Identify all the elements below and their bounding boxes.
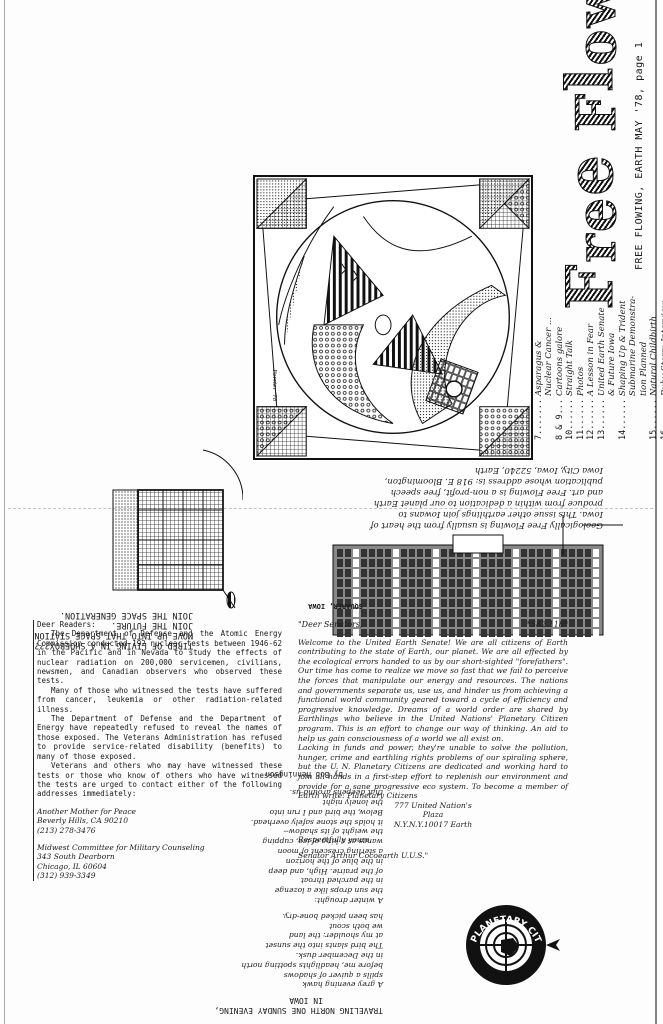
toc-entry-page: 7....... [534, 396, 545, 440]
readers-address-line: Chicago, IL 60604 [37, 862, 282, 871]
readers-address-line: Midwest Committee for Military Counselin… [37, 843, 282, 852]
toc-entry-page: 13...... [597, 396, 608, 440]
toc-entry-page: 10...... [565, 396, 576, 440]
toc-entry-page: 15...... [649, 396, 660, 440]
readers-heading: Deer Readers: [37, 620, 282, 629]
scanned-newspaper-page: FREE FLOWING, EARTH MAY '78, page 1 Free… [0, 0, 663, 1024]
toc-entry-article: United Earth Senate [597, 307, 608, 396]
toc-entry: 10......Straight Talk [565, 200, 576, 440]
toc-entry: 8 & 9...Cartoons galore [555, 200, 566, 440]
toc-entry: Submarine Demonstra- [628, 200, 639, 440]
readers-address-line: (213) 278-3476 [37, 826, 282, 835]
readers-address-block: Another Mother for PeaceBeverly Hills, C… [37, 807, 282, 835]
poem-line: before me, headlights spotting north [33, 960, 383, 970]
toc-entry-article: Straight Talk [565, 340, 576, 396]
masthead-letter: F [569, 94, 623, 132]
readers-address-block: Midwest Committee for Military Counselin… [37, 843, 282, 881]
poem-line: we both scout [33, 921, 383, 931]
space-station-graphic [93, 440, 243, 610]
toc-entry-page [607, 396, 618, 440]
masthead-letter: e [559, 155, 623, 196]
readers-address-line: (312) 939-3349 [37, 871, 282, 880]
toc-entry-article: A Lesson in Fear [586, 324, 597, 396]
readers-paragraph-2: Many of those who witnessed the tests ha… [37, 686, 282, 714]
toc-entry-page [544, 396, 555, 440]
city-map-label: SQUARER, IOWA [308, 602, 363, 610]
masthead-letter [569, 134, 623, 153]
readers-address-line: Beverly Hills, CA 90210 [37, 816, 282, 825]
toc-entry: & Future Iowa [607, 200, 618, 440]
toc-entry-article: tion Planned [639, 342, 650, 396]
toc-entry-page: 11...... [576, 396, 587, 440]
toc-entry: 7.......Asparagus & [534, 200, 545, 440]
letter-salutation-row: "Deer Senators, *582.118* [298, 620, 568, 630]
toc-entry: 12......A Lesson in Fear [586, 200, 597, 440]
toc-entry-article: Asparagus & [534, 340, 545, 396]
poem-line: spills a quiver of shadows [33, 970, 383, 980]
poem-line: A winter drought: [33, 895, 383, 905]
planetary-citizens-emblem: PLANETARY CITIZENS [448, 900, 568, 990]
space-station-drawing [93, 440, 243, 610]
poem-line: in the December dusk. [33, 950, 383, 960]
masthead-letter: l [559, 68, 623, 92]
toc-entry-article: Photos [576, 367, 587, 396]
masthead-letter: o [569, 30, 623, 66]
toc-entry: tion Planned [639, 200, 650, 440]
readers-address-line: 343 South Dearborn [37, 852, 282, 861]
toc-entry-article: Natural Childbirth [649, 316, 660, 396]
planetary-citizens-logo: PLANETARY CITIZENS [448, 900, 568, 990]
toc-entry-article: Nuclear Cancer ... [544, 317, 555, 396]
poem-title-line-2: IN IOWA [33, 995, 383, 1005]
poem-line: The bird slants into the sunset [33, 940, 383, 950]
toc-entry: 14......Shaping Up & Trident [618, 200, 629, 440]
toc-entry: 15......Natural Childbirth [649, 200, 660, 440]
toc-entry: 13......United Earth Senate [597, 200, 608, 440]
poem-line: A grey evening hawk [33, 980, 383, 990]
toc-entry-article: Shaping Up & Trident [618, 300, 629, 396]
deer-readers-body: Deer Readers: The Department of Defense … [33, 620, 282, 881]
readers-address-line: Another Mother for Peace [37, 807, 282, 816]
readers-paragraph-1: The Department of Defense and the Atomic… [37, 629, 282, 685]
readers-paragraph-3: The Department of Defense and the Depart… [37, 714, 282, 761]
artist-signature: Ferrier '78 [271, 368, 277, 401]
readers-paragraph-4: Veterans and others who may have witness… [37, 761, 282, 799]
poem-line: has been picked bone-dry. [33, 911, 383, 921]
poem-line: the sun drops like a lozenge [33, 885, 383, 895]
toc-entry: 16......Ruby Storm Interview [660, 200, 663, 440]
newspaper-page-rotated: FREE FLOWING, EARTH MAY '78, page 1 Free… [0, 0, 663, 1024]
readers-addresses: Another Mother for PeaceBeverly Hills, C… [37, 807, 282, 881]
letter-code: *582.118* [527, 620, 568, 630]
deer-readers-notice: Deer Readers: The Department of Defense … [33, 620, 278, 880]
toc-entry-article: & Future Iowa [607, 333, 618, 396]
space-station-ad-line: JOIN THE SPACE GENERATION. [33, 610, 193, 620]
letter-paragraph-1: Welcome to the United Earth Senate! We a… [298, 638, 568, 744]
toc-entry-page: 16...... [660, 396, 663, 440]
poem-stanza: A grey evening hawkspills a quiver of sh… [33, 911, 383, 989]
toc-entry-article: Submarine Demonstra- [628, 296, 639, 396]
illustration-artwork: Ferrier '78 [255, 177, 531, 458]
page-edge-top [655, 0, 657, 1024]
letter-salutation: "Deer Senators, [298, 620, 363, 630]
toc-entry-page: 8 & 9... [555, 396, 566, 440]
toc-entry-page [639, 396, 650, 440]
masthead-letter: w [569, 0, 623, 28]
poem-title-line-1: TRAVELING NORTH ONE SUNDAY EVENING, [33, 1005, 383, 1015]
poem-line: at my shoulder: the land [33, 931, 383, 941]
toc-entry: Nuclear Cancer ... [544, 200, 555, 440]
toc-entry-article: Cartoons galore [555, 327, 566, 396]
toc-entry: 11......Photos [576, 200, 587, 440]
toc-entry-page: 14...... [618, 396, 629, 440]
page-edge-bottom [4, 0, 5, 1024]
toc-entry-page [628, 396, 639, 440]
toc-entry-page: 12...... [586, 396, 597, 440]
poem: TRAVELING NORTH ONE SUNDAY EVENING, IN I… [33, 905, 383, 1015]
cover-illustration: Ferrier '78 [253, 175, 533, 460]
toc-entry-article: Ruby Storm Interview [660, 301, 663, 396]
